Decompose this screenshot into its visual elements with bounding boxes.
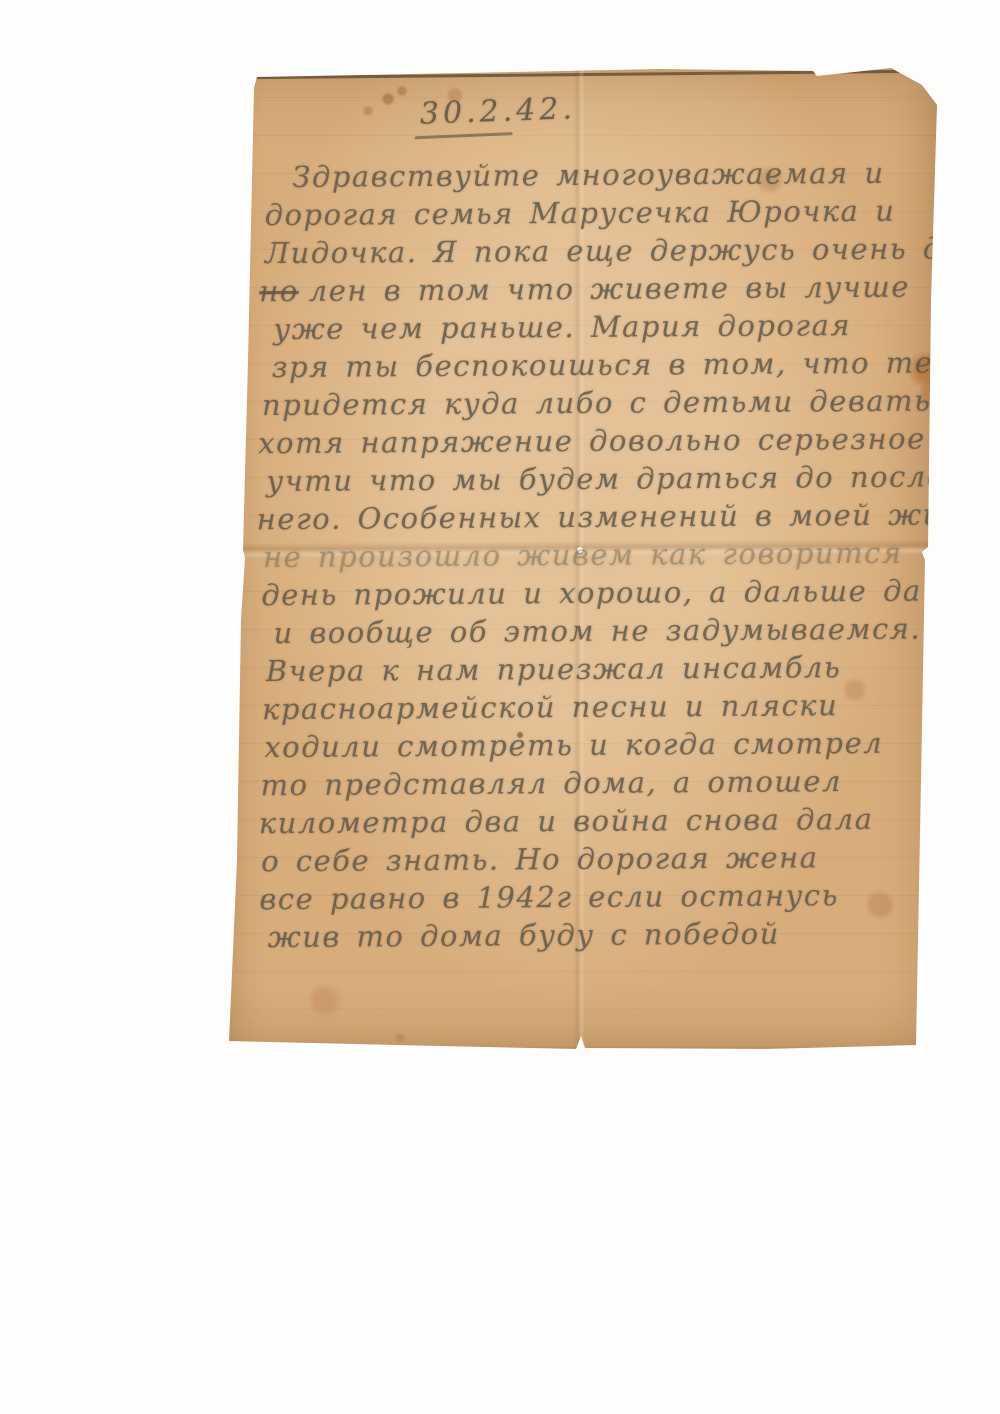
letter-line: дорогая семья Марусечка Юрочка и xyxy=(264,192,902,234)
letter-line: ходили смотреть и когда смотрел xyxy=(264,724,906,766)
letter-line: хотя напряжение довольно серьезное но xyxy=(258,420,904,463)
letter-line: о себе знать. Но дорогая жена xyxy=(261,838,907,881)
letter-date: 30.2.42. xyxy=(419,91,576,131)
letter-line: Здравствуйте многоуважаемая и xyxy=(292,154,902,196)
letter-line-text: лен в том что живете вы лучше xyxy=(309,270,910,308)
letter-line: то представлял дома, а отошел xyxy=(260,762,906,805)
letter-line: и вообще об этом не задумываемся. xyxy=(273,610,905,652)
letter-line: день прожили и хорошо, а дальше да xyxy=(261,572,905,614)
letter-date-block: 30.2.42. xyxy=(419,91,576,138)
letter-line: не произошло живем как говорится xyxy=(263,534,905,576)
letter-line: красноармейской песни и пляски xyxy=(262,686,906,728)
letter-line: зря ты беспокоишься в том, что тебе xyxy=(272,344,904,386)
letter-line: километра два и война снова дала xyxy=(259,800,907,843)
letter-line: учти что мы будем драться до послед- xyxy=(266,458,904,500)
struck-word: но xyxy=(259,274,299,308)
letter-body: Здравствуйте многоуважаемая и дорогая се… xyxy=(242,154,908,957)
letter-line: него. Особенных изменений в моей жизни xyxy=(257,496,905,539)
letter-line: Вчера к нам приезжал инсамбль xyxy=(266,648,906,690)
letter-line: придется куда либо с детьми деваться xyxy=(262,382,904,424)
letter-line: все равно в 1942г если останусь xyxy=(259,876,907,919)
letter-line: нолен в том что живете вы лучше xyxy=(259,268,903,310)
scanner-background: 30.2.42. Здравствуйте многоуважаемая и д… xyxy=(0,0,1000,1414)
letter-line: жив то дома буду с победой xyxy=(268,914,908,956)
letter-line: уже чем раньше. Мария дорогая xyxy=(273,306,903,348)
letter-paper: 30.2.42. Здравствуйте многоуважаемая и д… xyxy=(215,60,940,1055)
letter-line: Лидочка. Я пока еще держусь очень дово- xyxy=(265,230,903,272)
